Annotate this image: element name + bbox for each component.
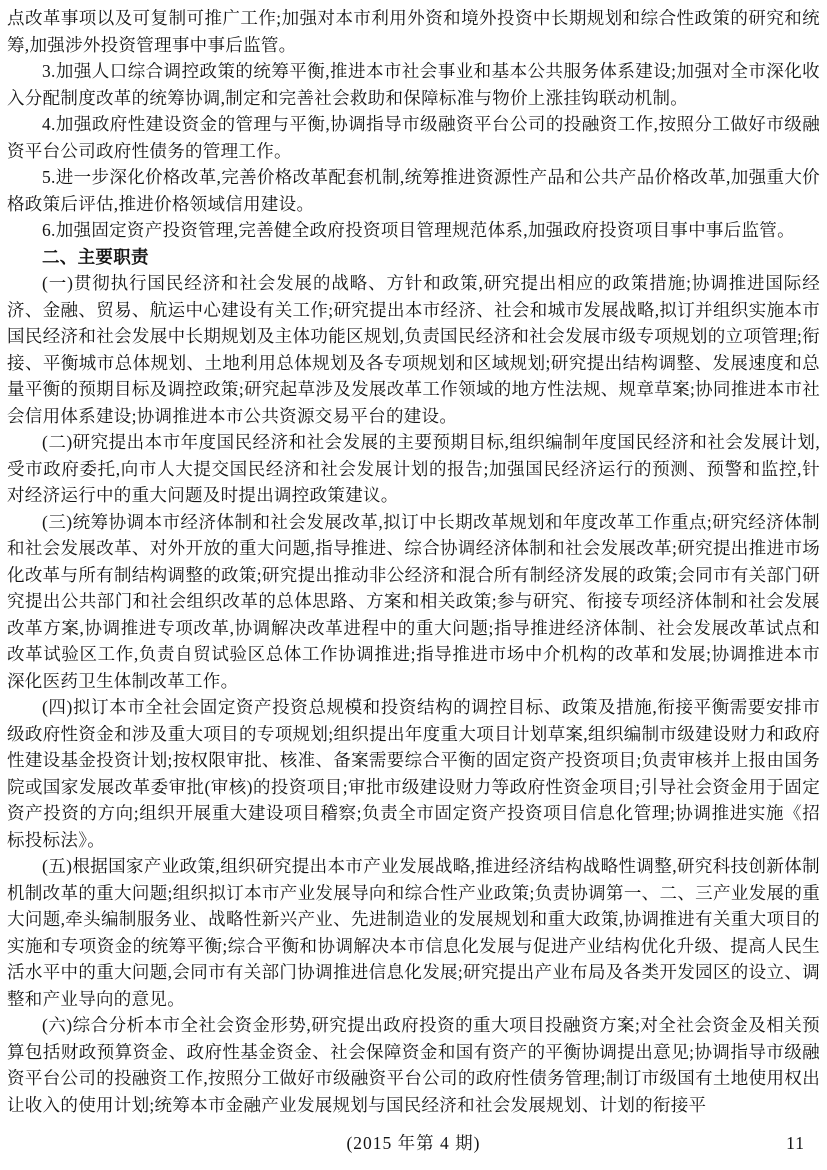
paragraph-continuation: 点改革事项以及可复制可推广工作;加强对本市利用外资和境外投资中长期规划和综合性政… bbox=[7, 5, 820, 58]
paragraph-item-5: 5.进一步深化价格改革,完善价格改革配套机制,统筹推进资源性产品和公共产品价格改… bbox=[7, 164, 820, 217]
paragraph-item-4: 4.加强政府性建设资金的管理与平衡,协调指导市级融资平台公司的投融资工作,按照分… bbox=[7, 111, 820, 164]
paragraph-duty-3: (三)统筹协调本市经济体制和社会发展改革,拟订中长期改革规划和年度改革工作重点;… bbox=[7, 509, 820, 695]
footer-issue-label: (2015 年第 4 期) bbox=[0, 1130, 827, 1156]
paragraph-duty-2: (二)研究提出本市年度国民经济和社会发展的主要预期目标,组织编制年度国民经济和社… bbox=[7, 429, 820, 509]
paragraph-duty-1: (一)贯彻执行国民经济和社会发展的战略、方针和政策,研究提出相应的政策措施;协调… bbox=[7, 270, 820, 429]
paragraph-duty-5: (五)根据国家产业政策,组织研究提出本市产业发展战略,推进经济结构战略性调整,研… bbox=[7, 853, 820, 1012]
paragraph-item-3: 3.加强人口综合调控政策的统筹平衡,推进本市社会事业和基本公共服务体系建设;加强… bbox=[7, 58, 820, 111]
document-page: 点改革事项以及可复制可推广工作;加强对本市利用外资和境外投资中长期规划和综合性政… bbox=[0, 0, 827, 1170]
paragraph-duty-4: (四)拟订本市全社会固定资产投资总规模和投资结构的调控目标、政策及措施,衔接平衡… bbox=[7, 694, 820, 853]
section-heading: 二、主要职责 bbox=[7, 244, 820, 271]
page-number: 11 bbox=[786, 1130, 805, 1156]
paragraph-duty-6: (六)综合分析本市全社会资金形势,研究提出政府投资的重大项目投融资方案;对全社会… bbox=[7, 1012, 820, 1118]
document-body: 点改革事项以及可复制可推广工作;加强对本市利用外资和境外投资中长期规划和综合性政… bbox=[0, 0, 827, 1118]
paragraph-item-6: 6.加强固定资产投资管理,完善健全政府投资项目管理规范体系,加强政府投资项目事中… bbox=[7, 217, 820, 244]
page-footer: (2015 年第 4 期) 11 bbox=[0, 1130, 827, 1156]
